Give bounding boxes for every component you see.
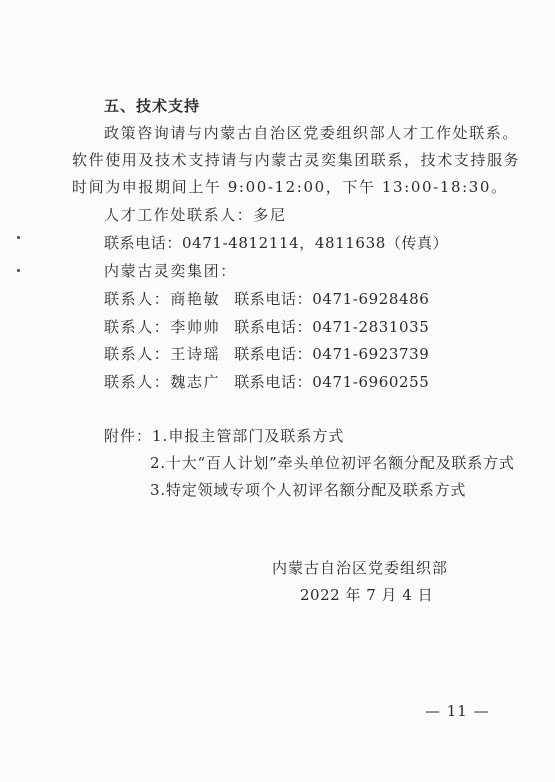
section-heading: 五、技术支持 (104, 97, 200, 115)
attachment-row: 附件：1.申报主管部门及联系方式 (104, 427, 344, 445)
attachment-item: 3.特定领域专项个人初评名额分配及联系方式 (150, 481, 466, 499)
talent-office-phone: 联系电话：0471-4812114，4811638（传真） (104, 234, 448, 252)
signature-organization: 内蒙古自治区党委组织部 (272, 559, 448, 577)
paragraph-line: 软件使用及技术支持请与内蒙古灵奕集团联系，技术支持服务 (72, 151, 520, 169)
contact-phone: 联系电话：0471-6923739 (234, 345, 429, 363)
contact-row: 联系人：王诗瑶联系电话：0471-6923739 (104, 345, 429, 363)
contact-phone: 联系电话：0471-6960255 (234, 373, 429, 391)
signature-date: 2022 年 7 月 4 日 (300, 586, 433, 604)
contact-phone: 联系电话：0471-2831035 (234, 318, 429, 336)
contact-name: 联系人：商艳敏 (104, 290, 220, 308)
paragraph-line: 时间为申报期间上午 9:00-12:00，下午 13:00-18:30。 (72, 178, 508, 196)
paragraph-line: 政策咨询请与内蒙古自治区党委组织部人才工作处联系。 (104, 124, 519, 142)
contact-row: 联系人：李帅帅联系电话：0471-2831035 (104, 318, 429, 336)
attachment-item: 1.申报主管部门及联系方式 (152, 427, 344, 445)
talent-office-contact: 人才工作处联系人：多尼 (104, 206, 287, 224)
attachments-label: 附件： (104, 427, 152, 445)
attachment-item: 2.十大“百人计划”牵头单位初评名额分配及联系方式 (150, 454, 515, 472)
contact-name: 联系人：王诗瑶 (104, 345, 220, 363)
contact-phone: 联系电话：0471-6928486 (234, 290, 429, 308)
contact-name: 联系人：魏志广 (104, 373, 220, 391)
contact-name: 联系人：李帅帅 (104, 318, 220, 336)
scan-speck (17, 236, 20, 239)
scan-speck (17, 269, 20, 272)
contact-row: 联系人：魏志广联系电话：0471-6960255 (104, 373, 429, 391)
page-number: — 11 — (425, 702, 490, 720)
contact-row: 联系人：商艳敏联系电话：0471-6928486 (104, 290, 429, 308)
group-name: 内蒙古灵奕集团： (104, 262, 237, 280)
